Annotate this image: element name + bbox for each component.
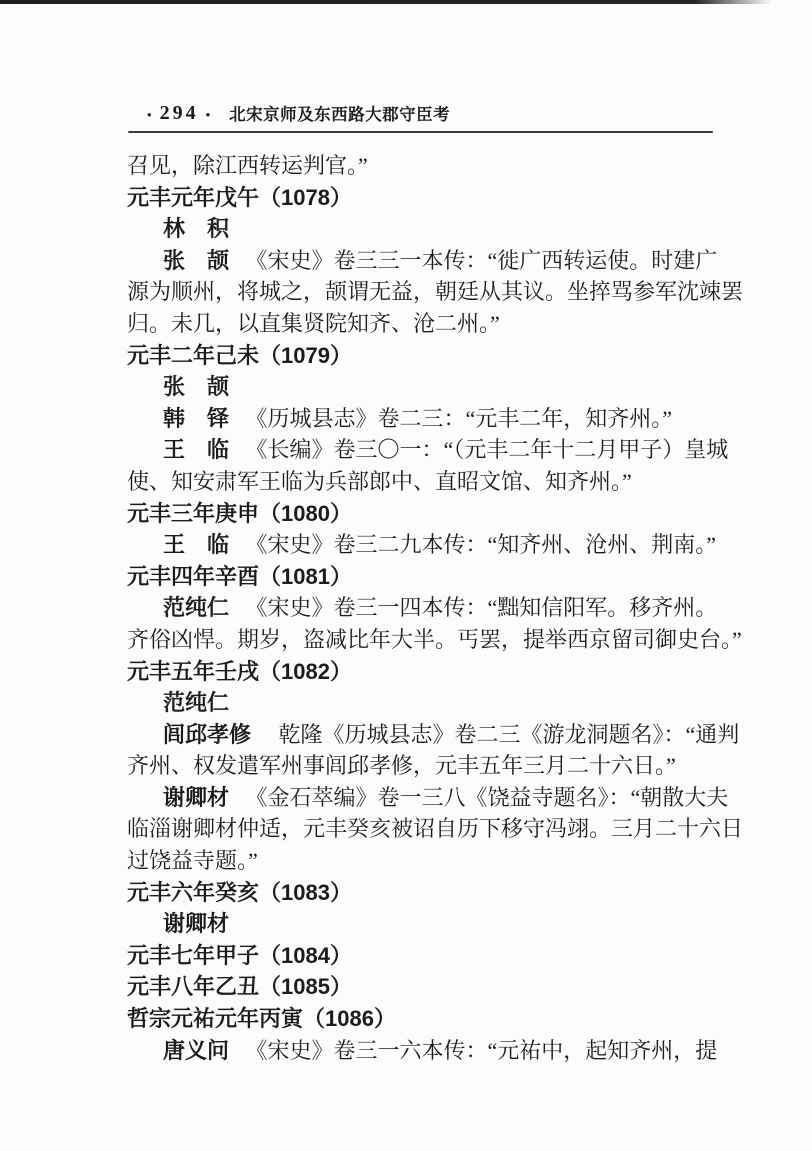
line-text: 哲宗元祐元年丙寅（1086） [127, 1006, 396, 1031]
person-name: 张 颉 [163, 374, 229, 399]
line-text: 《长编》卷三〇一：“（元丰二年十二月甲子）皇城 [235, 437, 729, 462]
person-name: 张 颉 [163, 248, 229, 273]
line-text: 齐州、权发遣军州事闾邱孝修，元丰五年三月二十六日。” [127, 753, 676, 778]
text-line: 张 颉 [127, 371, 767, 403]
text-line: 谢卿材 [127, 908, 767, 940]
text-line: 张 颉 《宋史》卷三三一本传：“徙广西转运使。时建广 [127, 245, 767, 277]
line-text: 元丰八年乙丑（1085） [127, 974, 352, 999]
text-line: 韩 铎 《历城县志》卷二三：“元丰二年，知齐州。” [127, 403, 767, 435]
text-line: 唐义问 《宋史》卷三一六本传：“元祐中，起知齐州，提 [127, 1035, 767, 1067]
text-line: 谢卿材 《金石萃编》卷一三八《饶益寺题名》：“朝散大夫 [127, 782, 767, 814]
text-line: 归。未几，以直集贤院知齐、沧二州。” [127, 308, 767, 340]
page-body: 召见，除江西转运判官。” 元丰元年戊午（1078） 林 积 张 颉 《宋史》卷三… [127, 150, 767, 1066]
book-page: • 294 • 北宋京师及东西路大郡守臣考 召见，除江西转运判官。” 元丰元年戊… [0, 0, 812, 1151]
text-line: 元丰四年辛酉（1081） [127, 561, 767, 593]
line-text: 《金石萃编》卷一三八《饶益寺题名》：“朝散大夫 [235, 785, 729, 810]
line-text: 归。未几，以直集贤院知齐、沧二州。” [127, 311, 500, 336]
person-name: 闾邱孝修 [163, 722, 251, 747]
text-line: 王 临 《宋史》卷三二九本传：“知齐州、沧州、荆南。” [127, 529, 767, 561]
person-name: 韩 铎 [163, 406, 229, 431]
text-line: 源为顺州，将城之，颉谓无益，朝廷从其议。坐捽骂参军沈竦罢 [127, 276, 767, 308]
text-line: 元丰八年乙丑（1085） [127, 971, 767, 1003]
text-line: 齐俗凶悍。期岁，盗减比年大半。丐罢，提举西京留司御史台。” [127, 624, 767, 656]
header-rule [128, 131, 713, 133]
line-text: 《宋史》卷三二九本传：“知齐州、沧州、荆南。” [235, 532, 717, 557]
text-line: 范纯仁 《宋史》卷三一四本传：“黜知信阳军。移齐州。 [127, 592, 767, 624]
line-text: 源为顺州，将城之，颉谓无益，朝廷从其议。坐捽骂参军沈竦罢 [127, 279, 743, 304]
line-text: 元丰七年甲子（1084） [127, 943, 352, 968]
person-name: 范纯仁 [163, 595, 229, 620]
line-text: 元丰五年壬戌（1082） [127, 659, 352, 684]
line-text: 《宋史》卷三一六本传：“元祐中，起知齐州，提 [235, 1038, 718, 1063]
text-line: 召见，除江西转运判官。” [127, 150, 767, 182]
text-line: 元丰七年甲子（1084） [127, 940, 767, 972]
running-title: 北宋京师及东西路大郡守臣考 [229, 101, 450, 125]
text-line: 使、知安肃军王临为兵部郎中、直昭文馆、知齐州。” [127, 466, 767, 498]
text-line: 过饶益寺题。” [127, 845, 767, 877]
line-text: 《历城县志》卷二三：“元丰二年，知齐州。” [235, 406, 673, 431]
page-header: • 294 • 北宋京师及东西路大郡守臣考 [147, 101, 450, 125]
person-name: 谢卿材 [163, 911, 229, 936]
text-line: 元丰二年己未（1079） [127, 340, 767, 372]
line-text: 齐俗凶悍。期岁，盗减比年大半。丐罢，提举西京留司御史台。” [127, 627, 742, 652]
scan-edge-artifact [0, 0, 772, 4]
text-line: 王 临 《长编》卷三〇一：“（元丰二年十二月甲子）皇城 [127, 434, 767, 466]
person-name: 谢卿材 [163, 785, 229, 810]
line-text: 《宋史》卷三一四本传：“黜知信阳军。移齐州。 [235, 595, 718, 620]
text-line: 哲宗元祐元年丙寅（1086） [127, 1003, 767, 1035]
text-line: 元丰六年癸亥（1083） [127, 877, 767, 909]
line-text: 使、知安肃军王临为兵部郎中、直昭文馆、知齐州。” [127, 469, 632, 494]
text-line: 齐州、权发遣军州事闾邱孝修，元丰五年三月二十六日。” [127, 750, 767, 782]
text-line: 临淄谢卿材仲适，元丰癸亥被诏自历下移守冯翊。三月二十六日 [127, 813, 767, 845]
text-line: 元丰三年庚申（1080） [127, 498, 767, 530]
line-text: 元丰四年辛酉（1081） [127, 564, 352, 589]
separator-dot: • [206, 108, 211, 121]
text-line: 闾邱孝修 乾隆《历城县志》卷二三《游龙洞题名》：“通判 [127, 719, 767, 751]
person-name: 王 临 [163, 437, 229, 462]
line-text: 过饶益寺题。” [127, 848, 258, 873]
line-text: 元丰六年癸亥（1083） [127, 880, 352, 905]
line-text: 元丰元年戊午（1078） [127, 185, 352, 210]
person-name: 范纯仁 [163, 690, 229, 715]
person-name: 唐义问 [163, 1038, 229, 1063]
line-text: 召见，除江西转运判官。” [127, 153, 368, 178]
text-line: 元丰五年壬戌（1082） [127, 656, 767, 688]
line-text: 临淄谢卿材仲适，元丰癸亥被诏自历下移守冯翊。三月二十六日 [127, 816, 743, 841]
line-text: 《宋史》卷三三一本传：“徙广西转运使。时建广 [235, 248, 718, 273]
separator-dot: • [147, 108, 152, 121]
line-text: 元丰三年庚申（1080） [127, 501, 352, 526]
person-name: 林 积 [163, 216, 229, 241]
text-line: 林 积 [127, 213, 767, 245]
text-line: 元丰元年戊午（1078） [127, 182, 767, 214]
line-text: 乾隆《历城县志》卷二三《游龙洞题名》：“通判 [257, 722, 740, 747]
line-text: 元丰二年己未（1079） [127, 343, 352, 368]
page-number: 294 [160, 102, 199, 125]
text-line: 范纯仁 [127, 687, 767, 719]
person-name: 王 临 [163, 532, 229, 557]
